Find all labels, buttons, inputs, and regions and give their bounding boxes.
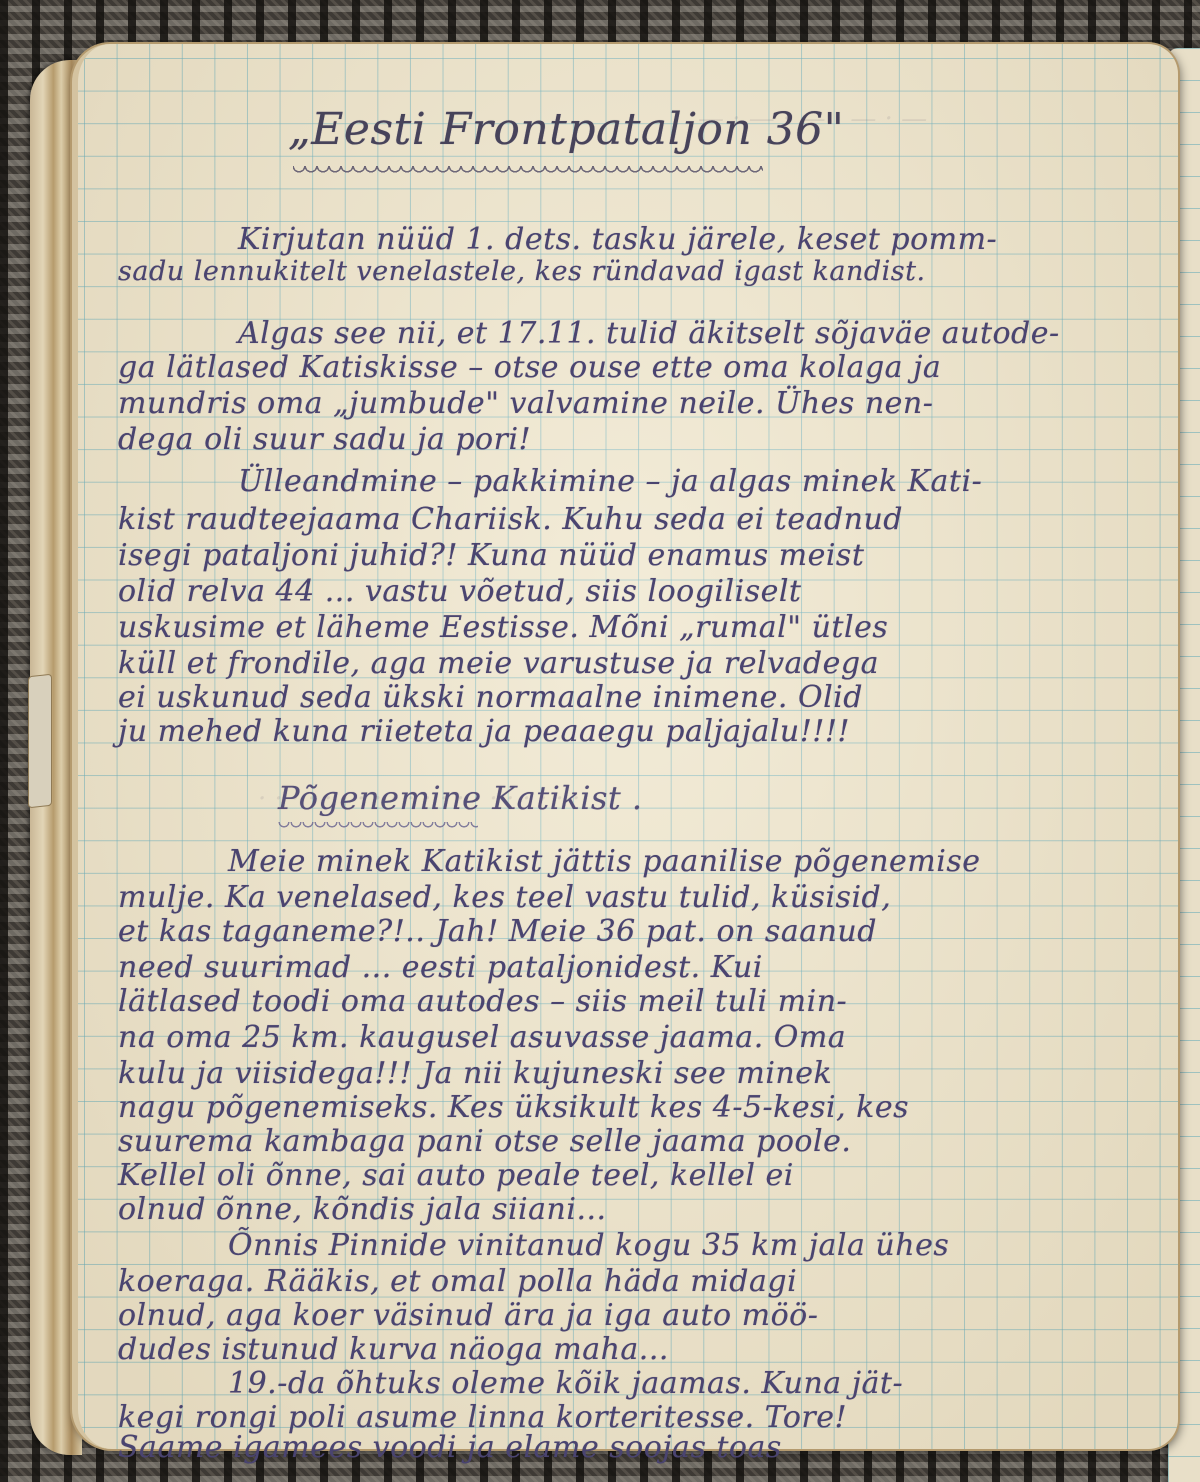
text-line: Kellel oli õnne, sai auto peale teel, ke… <box>118 1158 794 1193</box>
title-wavy-underline <box>293 166 763 176</box>
text-line: Algas see nii, et 17.11. tulid äkitselt … <box>238 316 1060 351</box>
text-line: olnud õnne, kõndis jala siiani... <box>118 1192 607 1227</box>
text-line: sadu lennukitelt venelastele, kes ründav… <box>118 256 926 287</box>
text-line: ju mehed kuna riieteta ja peaaegu paljaj… <box>118 714 850 749</box>
text-line: koeraga. Rääkis, et omal polla häda mida… <box>118 1264 797 1299</box>
text-line: Õnnis Pinnide vinitanud kogu 35 km jala … <box>228 1228 949 1263</box>
section-heading: Põgenemine Katikist . <box>278 779 643 817</box>
text-line: Ülleandmine – pakkimine – ja algas minek… <box>238 464 982 499</box>
text-line: nagu põgenemiseks. Kes üksikult kes 4-5-… <box>118 1090 909 1125</box>
text-line: mundris oma „jumbude" valvamine neile. Ü… <box>118 386 933 421</box>
heading-wavy-underline <box>278 822 478 830</box>
text-line: uskusime et läheme Eestisse. Mõni „rumal… <box>118 610 888 645</box>
text-line: Saame igamees voodi ja elame soojas toas <box>118 1430 782 1465</box>
text-line: dega oli suur sadu ja pori! <box>118 422 531 457</box>
text-line: Kirjutan nüüd 1. dets. tasku järele, kes… <box>238 222 997 257</box>
text-line: 19.-da õhtuks oleme kõik jaamas. Kuna jä… <box>228 1366 903 1401</box>
text-line: kist raudteejaama Chariisk. Kuhu seda ei… <box>118 502 903 537</box>
text-line: küll et frondile, aga meie varustuse ja … <box>118 646 879 681</box>
spine-tape-repair <box>28 674 52 809</box>
text-line: olnud, aga koer väsinud ära ja iga auto … <box>118 1298 818 1333</box>
text-line: mulje. Ka venelased, kes teel vastu tuli… <box>118 880 891 915</box>
page-title: „Eesti Frontpataljon 36" <box>288 104 844 155</box>
text-line: et kas taganeme?!.. Jah! Meie 36 pat. on… <box>118 914 877 949</box>
text-line: ei uskunud seda ükski normaalne inimene.… <box>118 680 863 715</box>
text-line: lätlased toodi oma autodes – siis meil t… <box>118 984 847 1019</box>
text-line: dudes istunud kurva näoga maha... <box>118 1332 669 1367</box>
text-line: need suurimad ... eesti pataljonidest. K… <box>118 950 763 985</box>
text-line: kulu ja viisidega!!! Ja nii kujuneski se… <box>118 1056 832 1091</box>
notebook-page: — · — · — · — · — · · · · · · · · · · · … <box>72 44 1178 1449</box>
text-line: isegi pataljoni juhid?! Kuna nüüd enamus… <box>118 538 864 573</box>
text-line: na oma 25 km. kaugusel asuvasse jaama. O… <box>118 1020 846 1055</box>
text-line: Meie minek Katikist jättis paanilise põg… <box>228 844 980 879</box>
text-line: suurema kambaga pani otse selle jaama po… <box>118 1124 851 1159</box>
text-line: ga lätlased Katiskisse – otse ouse ette … <box>118 350 941 385</box>
text-line: olid relva 44 ... vastu võetud, siis loo… <box>118 574 802 609</box>
